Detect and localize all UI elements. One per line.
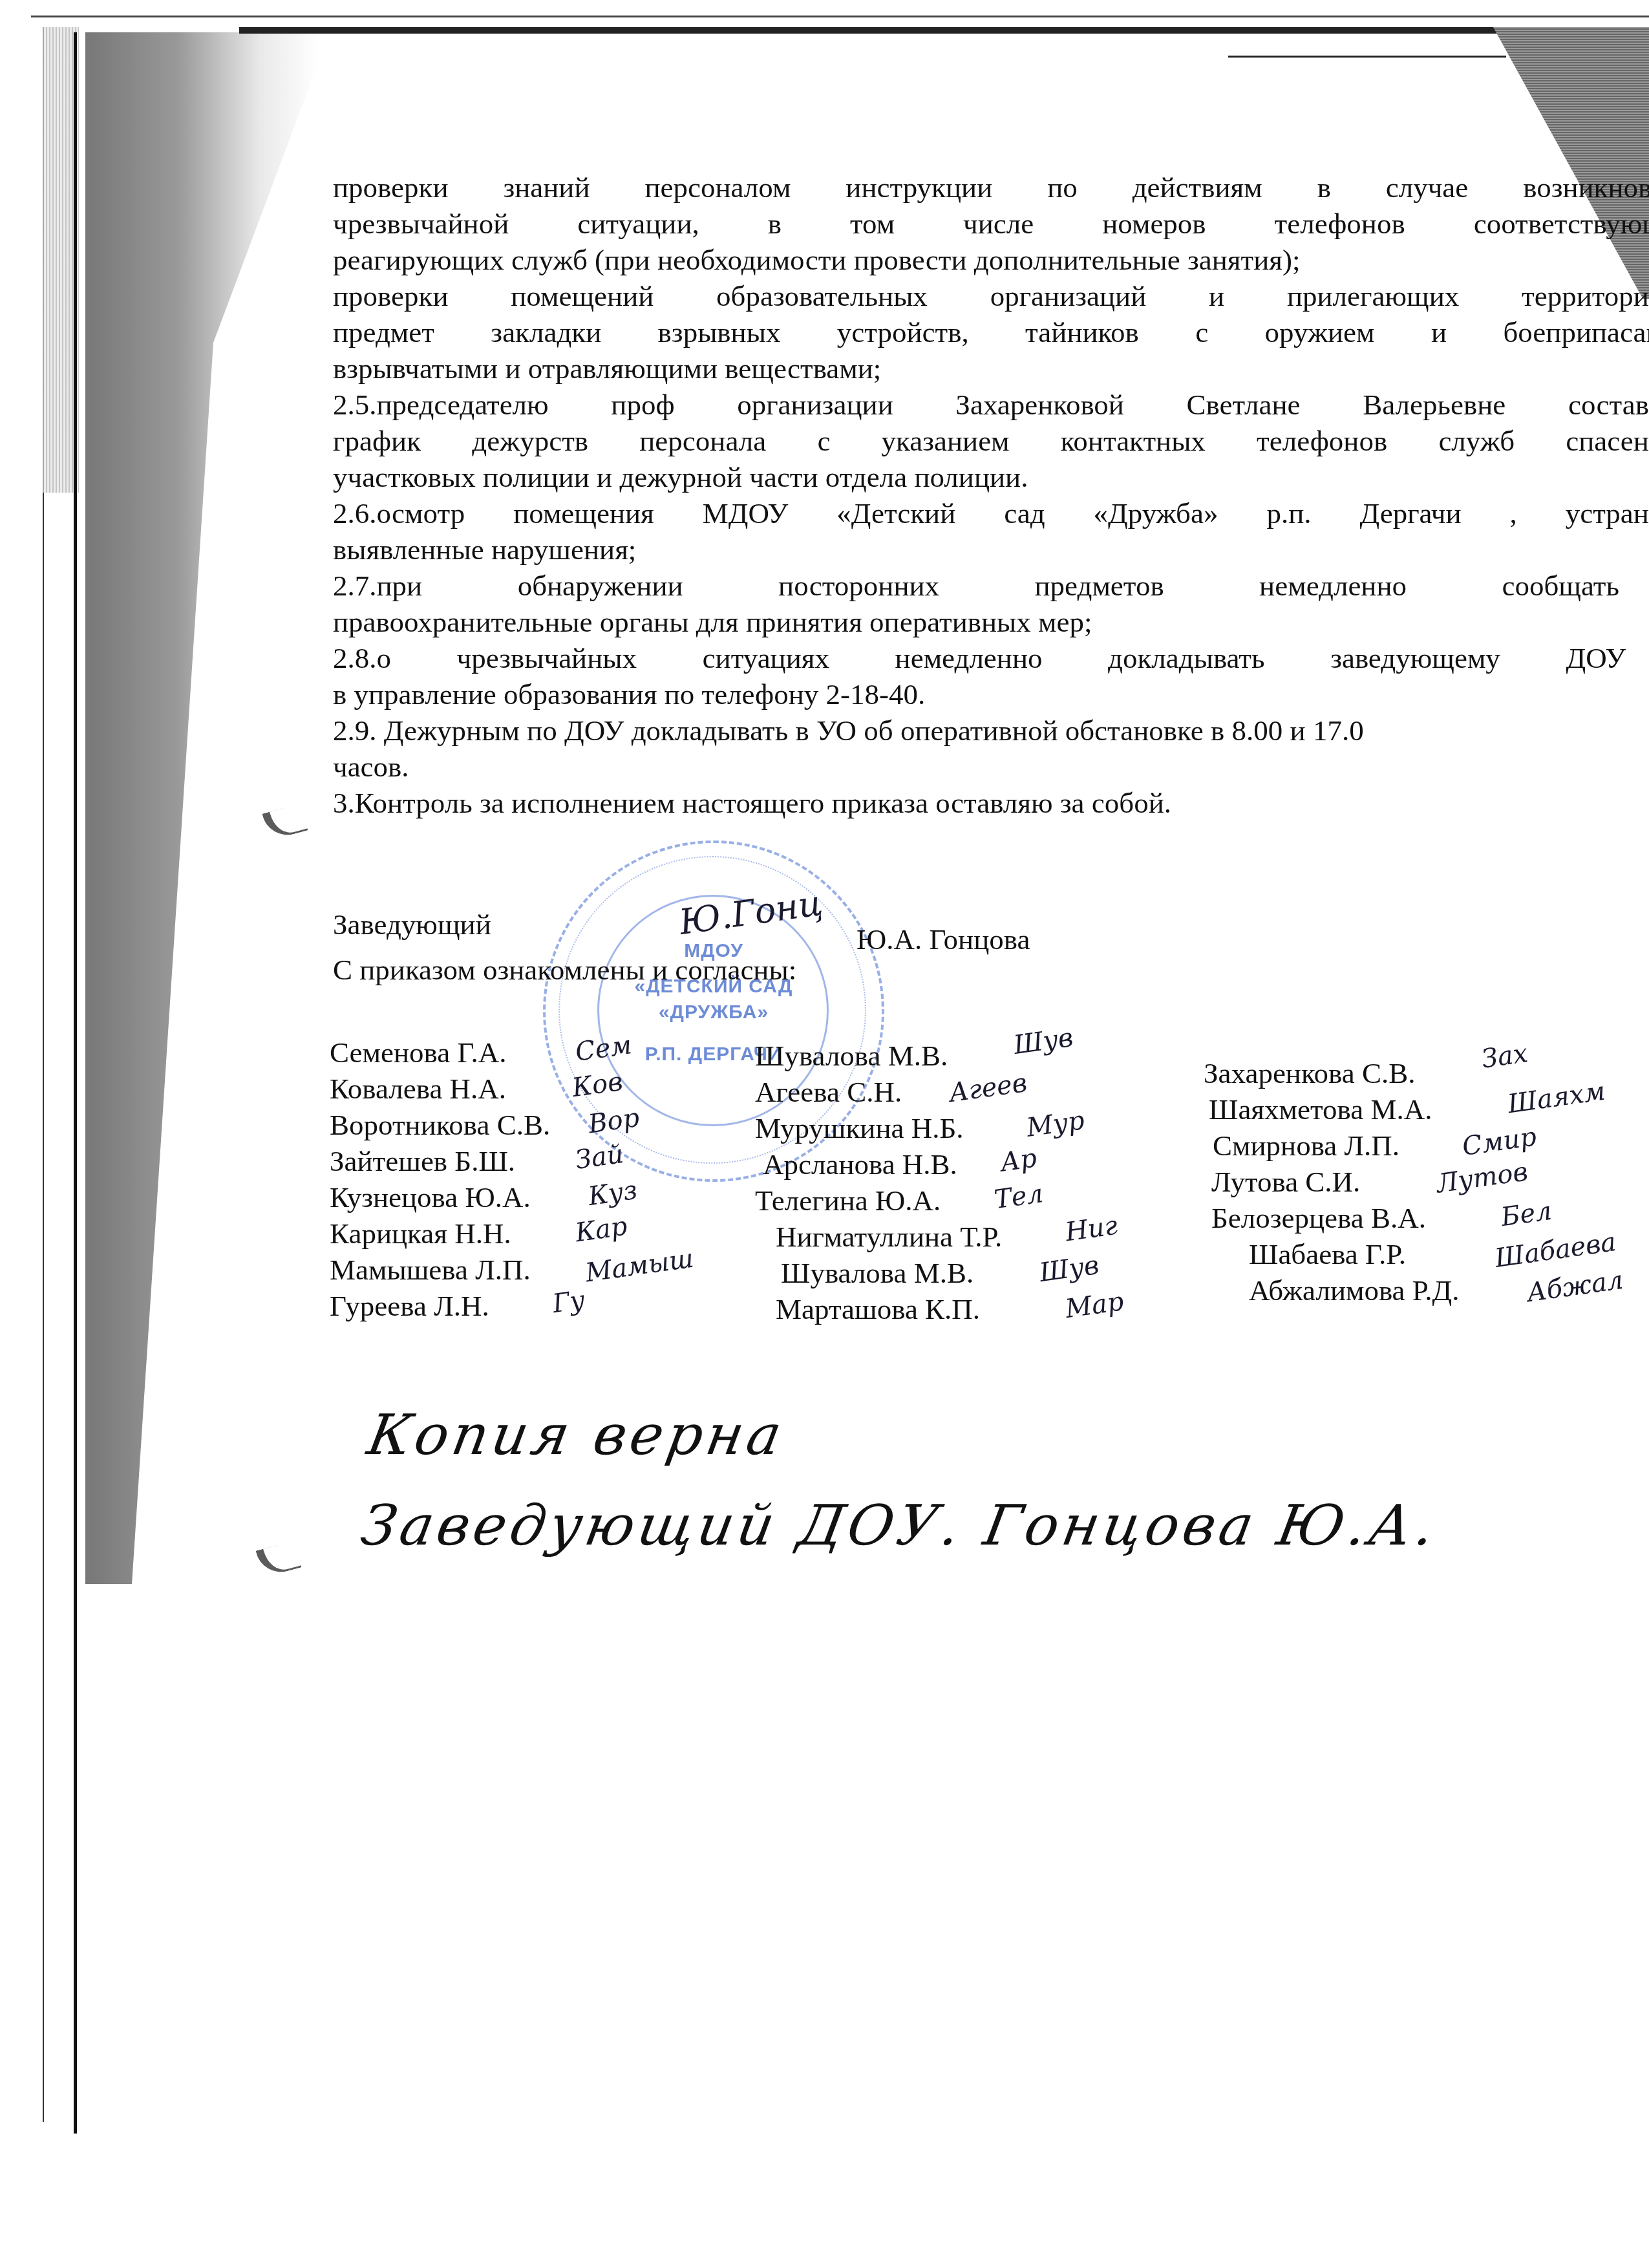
signatory-name: Кузнецова Ю.А.	[330, 1181, 531, 1214]
stamp-text: «ДРУЖБА»	[546, 1001, 882, 1023]
signature: Вор	[586, 1100, 641, 1142]
signatory-name: Захаренкова С.В.	[1204, 1057, 1415, 1089]
signatory-row: Мамышева Л.П.Мамыш	[330, 1252, 550, 1288]
body-line: выявленные нарушения;	[333, 531, 1649, 568]
signatory-name: Телегина Ю.А.	[755, 1184, 941, 1217]
body-line: 2.8.о чрезвычайных ситуациях немедленно …	[333, 640, 1626, 676]
signatory-name: Шаяхметова М.А.	[1209, 1093, 1432, 1126]
signatory-row: Абжалимова Р.Д.Абжал	[1204, 1272, 1459, 1309]
punch-hole-mark	[262, 804, 308, 841]
body-line: 2.6.осмотр помещения МДОУ «Детский сад «…	[333, 495, 1649, 531]
signatories-column-3: Захаренкова С.В.Зах Шаяхметова М.А.Шаяхм…	[1204, 1055, 1459, 1309]
certification-line-1: Копия верна	[363, 1403, 790, 1468]
signatory-row: Воротникова С.В.Вор	[330, 1107, 550, 1143]
body-line: в управление образования по телефону 2-1…	[333, 676, 1649, 712]
signatory-name: Нигматуллина Т.Р.	[776, 1221, 1002, 1253]
signatory-name: Шувалова М.В.	[755, 1040, 948, 1072]
body-line: 2.7.при обнаружении посторонних предмето…	[333, 568, 1619, 604]
signatory-row: Зайтешев Б.Ш.Зай	[330, 1143, 550, 1179]
signature: Бел	[1498, 1193, 1554, 1236]
signatory-row: Карицкая Н.Н.Кар	[330, 1215, 550, 1252]
signature: Зах	[1479, 1035, 1529, 1077]
body-line: предмет закладки взрывных устройств, тай…	[333, 314, 1649, 350]
signatory-row: Семенова Г.А.Сем	[330, 1034, 550, 1071]
signatory-name: Ковалева Н.А.	[330, 1073, 506, 1105]
body-line: правоохранительные органы для принятия о…	[333, 604, 1649, 640]
signatory-row: Шувалова М.В.Шув	[755, 1038, 1002, 1074]
body-line: взрывчатыми и отравляющими веществами;	[333, 350, 1649, 387]
body-line: 2.9. Дежурным по ДОУ докладывать в УО об…	[333, 712, 1649, 749]
scan-edge-line	[1228, 56, 1506, 58]
signature: Шаяхм	[1505, 1073, 1608, 1123]
signature: Ниг	[1063, 1208, 1120, 1251]
body-line: проверки знаний персоналом инструкции по…	[333, 169, 1649, 206]
signatory-row: Нигматуллина Т.Р.Ниг	[755, 1219, 1002, 1255]
signatory-row: Шабаева Г.Р.Шабаева	[1204, 1236, 1459, 1272]
signatory-name: Мамышева Л.П.	[330, 1254, 531, 1286]
signatory-name: Зайтешев Б.Ш.	[330, 1145, 515, 1177]
signatory-row: Смирнова Л.П.Смир	[1204, 1128, 1459, 1164]
signatory-name: Шувалова М.В.	[781, 1257, 973, 1289]
signatory-name: Семенова Г.А.	[330, 1036, 506, 1069]
signatory-name: Гуреева Л.Н.	[330, 1290, 489, 1322]
punch-hole-mark	[255, 1541, 301, 1578]
signatory-row: Мурушкина Н.Б.Мур	[755, 1110, 1002, 1146]
body-line: 2.5.председателю проф организации Захаре…	[333, 387, 1649, 423]
signatory-name: Арсланова Н.В.	[763, 1148, 957, 1181]
signatory-row: Ковалева Н.А.Ков	[330, 1071, 550, 1107]
signatory-row: Белозерцева В.А.Бел	[1204, 1200, 1459, 1236]
document-body: проверки знаний персоналом инструкции по…	[333, 169, 1649, 821]
signatories-column-2: Шувалова М.В.Шув Агеева С.Н.Агеев Мурушк…	[755, 1038, 1002, 1327]
signatory-row: Агеева С.Н.Агеев	[755, 1074, 1002, 1110]
signature: Тел	[992, 1175, 1045, 1218]
acknowledgement-heading: С приказом ознакомлены и согласны:	[333, 952, 796, 988]
signature: Шув	[1012, 1020, 1076, 1064]
body-line: участковых полиции и дежурной части отде…	[333, 459, 1649, 495]
certification-line-2: Заведующий ДОУ. Гонцова Ю.А.	[356, 1493, 1443, 1558]
signature: Шув	[1037, 1247, 1101, 1291]
scan-edge-line	[74, 32, 77, 2134]
signatory-name: Абжалимова Р.Д.	[1249, 1274, 1459, 1307]
body-line: чрезвычайной ситуации, в том числе номер…	[333, 206, 1649, 242]
body-line: 3.Контроль за исполнением настоящего при…	[333, 785, 1649, 821]
signatory-name: Смирнова Л.П.	[1213, 1129, 1399, 1162]
signatory-name: Карицкая Н.Н.	[330, 1217, 511, 1250]
signatory-row: Марташова К.П.Мар	[755, 1291, 1002, 1327]
body-line: проверки помещений образовательных орган…	[333, 278, 1649, 314]
signature: Мар	[1063, 1283, 1126, 1327]
signatory-name: Мурушкина Н.Б.	[755, 1112, 964, 1144]
signatory-row: Шаяхметова М.А.Шаяхм	[1204, 1091, 1459, 1128]
head-name: Ю.А. Гонцова	[856, 921, 1030, 957]
scan-edge-line	[31, 16, 1649, 17]
signatory-name: Воротникова С.В.	[330, 1109, 550, 1141]
signatory-name: Агеева С.Н.	[755, 1076, 902, 1108]
signatory-row: Кузнецова Ю.А.Куз	[330, 1179, 550, 1215]
signature: Гу	[550, 1282, 587, 1322]
signature: Зай	[573, 1136, 626, 1179]
signatory-row: Гуреева Л.Н.Гу	[330, 1288, 550, 1324]
signatory-row: Лутова С.И.Лутов	[1204, 1164, 1459, 1200]
signatory-name: Лутова С.И.	[1211, 1166, 1360, 1198]
signatory-name: Шабаева Г.Р.	[1249, 1238, 1406, 1270]
signatory-row: Шувалова М.В.Шув	[755, 1255, 1002, 1291]
body-line: часов.	[333, 749, 1649, 785]
signatory-name: Марташова К.П.	[776, 1293, 980, 1325]
body-line: график дежурств персонала с указанием ко…	[333, 423, 1649, 459]
signature: Кар	[573, 1208, 629, 1252]
signatory-name: Белозерцева В.А.	[1211, 1202, 1426, 1234]
signatory-row: Арсланова Н.В.Ар	[755, 1146, 1002, 1182]
signature: Ков	[569, 1064, 624, 1106]
signature: Куз	[586, 1172, 639, 1215]
signature: Ар	[998, 1140, 1039, 1181]
head-title: Заведующий	[333, 906, 491, 943]
body-line: реагирующих служб (при необходимости про…	[333, 242, 1649, 278]
signatories-column-1: Семенова Г.А.Сем Ковалева Н.А.Ков Воротн…	[330, 1034, 550, 1324]
signatory-row: Телегина Ю.А.Тел	[755, 1182, 1002, 1219]
scan-edge-line	[239, 27, 1532, 34]
signatory-row: Захаренкова С.В.Зах	[1204, 1055, 1459, 1091]
